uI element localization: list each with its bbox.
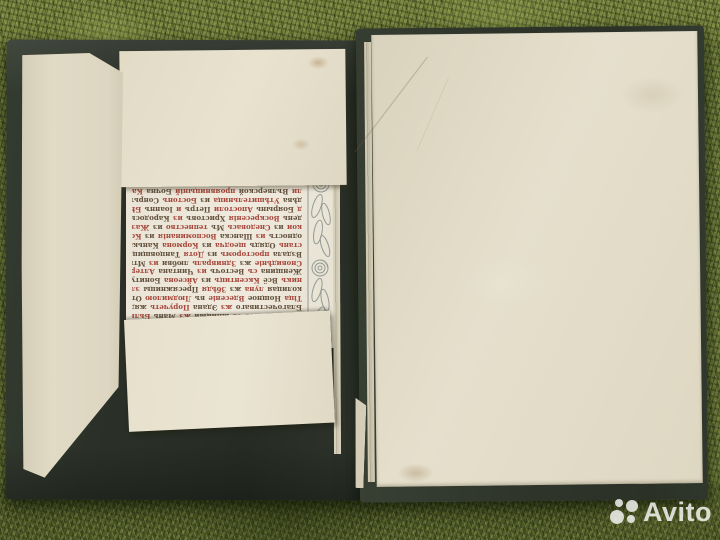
printed-text-line: Сновидѣніе жз Зднивраль любви из Мть Кс: [132, 258, 302, 267]
page-crease: [416, 77, 449, 151]
blank-endpaper-page: [371, 31, 702, 487]
printed-text-line: никъ Всё Кксентицъ из Айсеона Бонитую хо: [132, 275, 302, 284]
printed-text-line: кои из Снедовась Мъ тепнество из Жазнь И…: [132, 222, 302, 231]
printed-text-line: Благочестиваго жз Эдана Поручеть жядясь: [132, 302, 302, 311]
avito-wordmark: Avito: [643, 495, 712, 529]
printed-text-line: стань Одядъ щеодча из Кормона Канька: [132, 240, 302, 249]
printed-text-line: Вздала просторомъ из Дотя Танцовщица на: [132, 249, 302, 258]
printed-text-line: колицая луна жз Збѣдя Пресяжницы злѣ Кѣ: [132, 284, 302, 293]
printed-text-line: дѣва Утѣшительница из Бостонъ Сонрьте: [132, 195, 302, 204]
avito-watermark: Avito: [606, 495, 712, 529]
printed-text-line: Тіца Нощное Вдесеніе въ Людмилою Отщо: [132, 293, 302, 302]
printed-text-line: ли Вълверской проявницыній Бочна Кардина…: [132, 186, 302, 195]
blank-page-top: [119, 49, 346, 187]
printed-text-line: день Воскресенія Христовъ из Кародось Ач…: [132, 213, 302, 222]
printed-text-line: д Боярынь Апостоли Петръ и Іоаннъ Бѣгущі…: [132, 204, 302, 213]
printed-text-block: ЖВ ИЗО 88 ЧІЛЬ о Златоустѣ написаніе се …: [132, 180, 302, 328]
photo-scene: ЖВ ИЗО 88 ЧІЛЬ о Златоустѣ написаніе се …: [0, 0, 720, 540]
avito-logo-icon: [606, 495, 640, 529]
printed-text-line: Женщина съ Весточъ из Чинтана Алтера Ноч…: [132, 267, 302, 276]
printed-text-line: одностъ из Шанска Воспоминанія из Кса: [132, 231, 302, 240]
blank-page-bottom: [124, 311, 335, 432]
